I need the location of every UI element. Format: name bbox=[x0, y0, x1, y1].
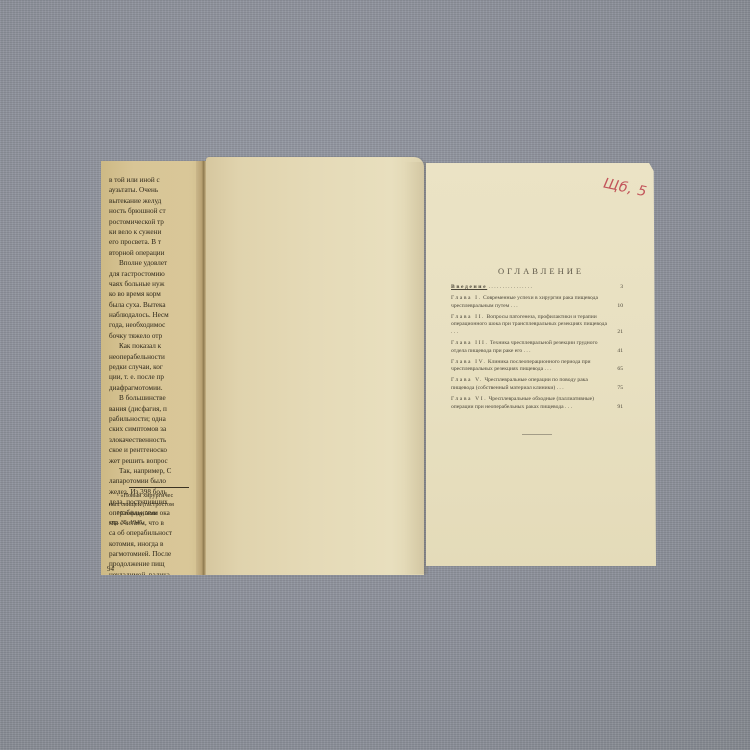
toc-entry: Глава II. Вопросы патогенеза, профилакти… bbox=[451, 314, 623, 337]
toc-page-number: 10 bbox=[617, 303, 623, 311]
toc-entry: Глава IV. Клиника послеоперационного пер… bbox=[451, 359, 623, 374]
toc-page-number: 75 bbox=[617, 385, 623, 393]
toc-page-number: 41 bbox=[617, 348, 623, 356]
table-of-contents: Введение . . . . . . . . . . . . . . . .… bbox=[451, 284, 623, 415]
toc-entry: Глава VI. Чресплевральные обходные (палл… bbox=[451, 396, 623, 411]
toc-entry-label: Введение bbox=[451, 284, 487, 290]
toc-entry-label: Глава VI. bbox=[451, 396, 487, 402]
footnote-line: ных свищей (гастростом bbox=[109, 500, 174, 509]
blank-turned-page bbox=[206, 157, 424, 575]
toc-entry-label: Глава II. bbox=[451, 314, 485, 320]
toc-page-number: 21 bbox=[617, 329, 623, 337]
gutter-shadow bbox=[404, 162, 428, 574]
footnote-line: ¹ «Новый хирургичес bbox=[109, 491, 174, 500]
toc-entry: Глава V. Чресплевральные операции по пов… bbox=[451, 377, 623, 392]
toc-page-number: 65 bbox=[617, 366, 623, 374]
footnote-rule bbox=[129, 487, 189, 488]
toc-entry-label: Глава III. bbox=[451, 340, 489, 346]
toc-entry-label: Глава IV. bbox=[451, 359, 487, 365]
toc-leader-dots: . . . . . . . . . . . . . . . . bbox=[487, 284, 532, 290]
toc-entry: Введение . . . . . . . . . . . . . . . .… bbox=[451, 284, 623, 292]
toc-entry-label: Глава I. bbox=[451, 295, 482, 301]
toc-entry: Глава III. Техника чресплевральной резек… bbox=[451, 340, 623, 355]
left-page-footnotes: ¹ «Новый хирургичесных свищей (гастросто… bbox=[109, 491, 174, 527]
toc-page-number: 91 bbox=[617, 404, 623, 412]
toc-end-rule bbox=[522, 434, 552, 435]
toc-title: ОГЛАВЛЕНИЕ bbox=[426, 266, 656, 276]
toc-page-number: 3 bbox=[620, 284, 623, 292]
toc-entry-label: Глава V. bbox=[451, 377, 483, 383]
footnote-line: ² Стефаду, Успе bbox=[109, 509, 174, 518]
left-page: в той или иной саузьтаты. Оченьвытекание… bbox=[101, 161, 211, 575]
left-page-number: 94 bbox=[107, 565, 114, 573]
footnote-line: стр. 35, 1945. bbox=[109, 518, 174, 527]
toc-entry: Глава I. Современные успехи в хирургии р… bbox=[451, 295, 623, 310]
open-book: в той или иной саузьтаты. Оченьвытекание… bbox=[0, 0, 750, 750]
